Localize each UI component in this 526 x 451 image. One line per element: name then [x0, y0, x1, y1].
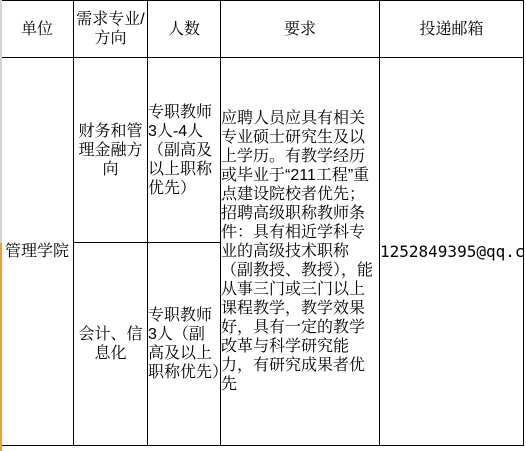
recruitment-table: 单位 需求专业/方向 人数 要求 投递邮箱 管理学院 财务和管理金融方向 专职教… — [0, 0, 524, 446]
left-edge-strip-top — [0, 0, 2, 243]
table-header-row: 单位 需求专业/方向 人数 要求 投递邮箱 — [1, 1, 524, 58]
header-cell-requirements: 要求 — [221, 1, 380, 58]
header-cell-count: 人数 — [148, 1, 221, 58]
document-page: 单位 需求专业/方向 人数 要求 投递邮箱 管理学院 财务和管理金融方向 专职教… — [0, 0, 526, 451]
cell-count-finance: 专职教师3人-4人（副高及以上职称优先） — [148, 58, 221, 243]
table-row: 管理学院 财务和管理金融方向 专职教师3人-4人（副高及以上职称优先） 应聘人员… — [1, 58, 524, 243]
cell-count-accounting: 专职教师3人（副高及以上职称优先） — [148, 243, 221, 446]
cell-email: 1252849395@qq.com — [380, 58, 524, 446]
cell-major-accounting: 会计、信息化 — [74, 243, 148, 446]
left-edge-strip-bottom — [0, 243, 2, 451]
header-cell-email: 投递邮箱 — [380, 1, 524, 58]
header-cell-unit: 单位 — [1, 1, 74, 58]
cell-major-finance: 财务和管理金融方向 — [74, 58, 148, 243]
cell-unit: 管理学院 — [1, 58, 74, 446]
cell-requirements: 应聘人员应具有相关专业硕士研究生及以上学历。有教学经历或毕业于“211工程”重点… — [221, 58, 380, 446]
header-cell-major: 需求专业/方向 — [74, 1, 148, 58]
